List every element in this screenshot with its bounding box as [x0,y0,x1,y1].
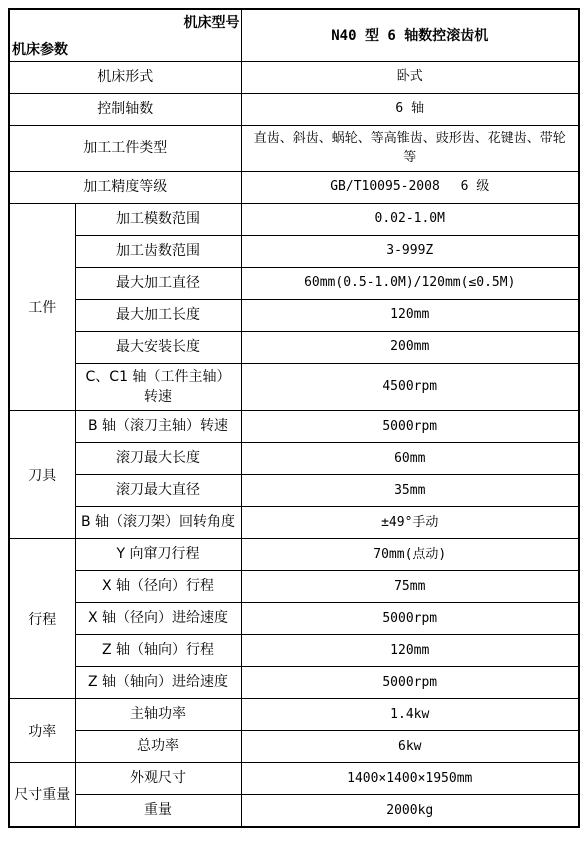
param-label: X 轴（径向）行程 [75,571,241,603]
group-label: 行程 [9,539,75,699]
param-label: 主轴功率 [75,699,241,731]
param-value: 120mm [241,299,579,331]
param-label: 加工精度等级 [9,171,241,203]
group-label: 尺寸重量 [9,763,75,827]
corner-label-machine-params: 机床参数 [12,39,68,59]
table-row: Z 轴（轴向）行程120mm [9,635,579,667]
corner-label-machine-model: 机床型号 [184,12,240,32]
table-row: X 轴（径向）进给速度5000rpm [9,603,579,635]
table-row: 加工齿数范围3-999Z [9,235,579,267]
param-label: Z 轴（轴向）进给速度 [75,667,241,699]
param-value: 直齿、斜齿、蜗轮、等高锥齿、豉形齿、花键齿、带轮等 [241,125,579,171]
param-value: 75mm [241,571,579,603]
param-value: 5000rpm [241,411,579,443]
param-label: 滚刀最大长度 [75,443,241,475]
param-label: 控制轴数 [9,93,241,125]
param-value: 1400×1400×1950mm [241,763,579,795]
table-row: 尺寸重量外观尺寸1400×1400×1950mm [9,763,579,795]
param-value: 60mm(0.5-1.0M)/120mm(≤0.5M) [241,267,579,299]
param-value: 5000rpm [241,603,579,635]
table-row: C、C1 轴（工件主轴）转速4500rpm [9,363,579,411]
param-label: X 轴（径向）进给速度 [75,603,241,635]
table-row: 功率主轴功率1.4kw [9,699,579,731]
param-label: 最大安装长度 [75,331,241,363]
table-row: 滚刀最大直径35mm [9,475,579,507]
param-value: GB/T10095-2008 6 级 [241,171,579,203]
param-label: B 轴（滚刀主轴）转速 [75,411,241,443]
corner-header-cell: 机床型号 机床参数 [9,9,241,61]
param-value: 1.4kw [241,699,579,731]
param-value: 120mm [241,635,579,667]
table-row: 刀具B 轴（滚刀主轴）转速5000rpm [9,411,579,443]
param-value: 200mm [241,331,579,363]
param-label: 重量 [75,795,241,827]
group-label: 刀具 [9,411,75,539]
param-value: 0.02-1.0M [241,203,579,235]
param-label: Y 向窜刀行程 [75,539,241,571]
table-row: 加工工件类型直齿、斜齿、蜗轮、等高锥齿、豉形齿、花键齿、带轮等 [9,125,579,171]
param-label: C、C1 轴（工件主轴）转速 [75,363,241,411]
table-row: Z 轴（轴向）进给速度5000rpm [9,667,579,699]
param-label: Z 轴（轴向）行程 [75,635,241,667]
param-value: 3-999Z [241,235,579,267]
param-value: 6kw [241,731,579,763]
param-value: 5000rpm [241,667,579,699]
param-label: B 轴（滚刀架）回转角度 [75,507,241,539]
param-label: 最大加工长度 [75,299,241,331]
param-label: 加工模数范围 [75,203,241,235]
param-value: 70mm(点动) [241,539,579,571]
param-label: 滚刀最大直径 [75,475,241,507]
machine-spec-table: 机床型号 机床参数 N40 型 6 轴数控滚齿机 机床形式卧式控制轴数6 轴加工… [8,8,580,828]
table-row: 总功率6kw [9,731,579,763]
group-label: 功率 [9,699,75,763]
table-row: B 轴（滚刀架）回转角度±49°手动 [9,507,579,539]
group-label: 工件 [9,203,75,411]
table-row: X 轴（径向）行程75mm [9,571,579,603]
table-row: 机床形式卧式 [9,61,579,93]
param-value: 卧式 [241,61,579,93]
param-label: 外观尺寸 [75,763,241,795]
param-label: 最大加工直径 [75,267,241,299]
table-row: 控制轴数6 轴 [9,93,579,125]
table-row: 最大加工直径60mm(0.5-1.0M)/120mm(≤0.5M) [9,267,579,299]
param-value: 4500rpm [241,363,579,411]
param-value: 60mm [241,443,579,475]
spec-table-body: 机床型号 机床参数 N40 型 6 轴数控滚齿机 机床形式卧式控制轴数6 轴加工… [9,9,579,827]
param-value: 6 轴 [241,93,579,125]
param-value: 35mm [241,475,579,507]
param-label: 机床形式 [9,61,241,93]
param-label: 加工齿数范围 [75,235,241,267]
table-row: 工件加工模数范围0.02-1.0M [9,203,579,235]
param-value: ±49°手动 [241,507,579,539]
machine-model-value: N40 型 6 轴数控滚齿机 [241,9,579,61]
table-row: 最大加工长度120mm [9,299,579,331]
table-row: 滚刀最大长度60mm [9,443,579,475]
param-value: 2000kg [241,795,579,827]
table-row: 行程Y 向窜刀行程70mm(点动) [9,539,579,571]
table-row: 最大安装长度200mm [9,331,579,363]
table-row: 重量2000kg [9,795,579,827]
header-row: 机床型号 机床参数 N40 型 6 轴数控滚齿机 [9,9,579,61]
param-label: 加工工件类型 [9,125,241,171]
table-row: 加工精度等级GB/T10095-2008 6 级 [9,171,579,203]
param-label: 总功率 [75,731,241,763]
